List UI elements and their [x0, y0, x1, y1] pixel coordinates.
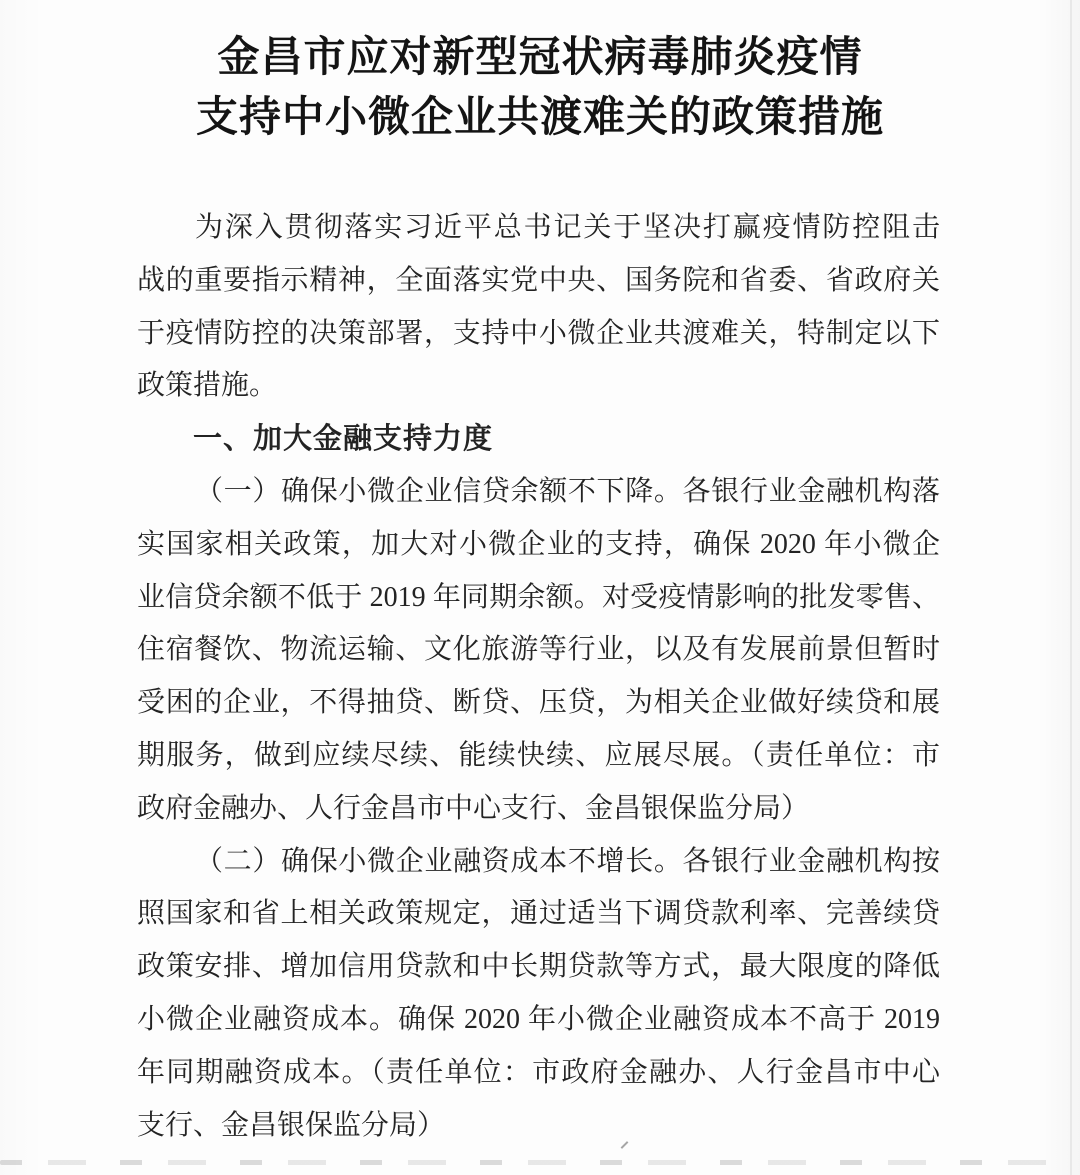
- document-title-line-1: 金昌市应对新型冠状病毒肺炎疫情: [0, 28, 1080, 88]
- text-line: 年同期融资成本。（责任单位：市政府金融办、人行金昌市中心: [137, 1047, 940, 1100]
- document-page: 金昌市应对新型冠状病毒肺炎疫情 支持中小微企业共渡难关的政策措施 为深入贯彻落实…: [0, 0, 1080, 1175]
- text-line: 小微企业融资成本。确保 2020 年小微企业融资成本不高于 2019: [137, 994, 940, 1047]
- text-line: 政策安排、增加信用贷款和中长期贷款等方式，最大限度的降低: [137, 941, 940, 994]
- text-line: （二）确保小微企业融资成本不增长。各银行业金融机构按: [137, 836, 940, 889]
- text-line: 政府金融办、人行金昌市中心支行、金昌银保监分局）: [137, 783, 940, 836]
- text-line: 实国家相关政策，加大对小微企业的支持，确保 2020 年小微企: [137, 519, 940, 572]
- text-line: 政策措施。: [137, 360, 940, 413]
- text-line: 业信贷余额不低于 2019 年同期余额。对受疫情影响的批发零售、: [137, 572, 940, 625]
- text-line: 为深入贯彻落实习近平总书记关于坚决打赢疫情防控阻击: [137, 202, 940, 255]
- text-line: （一）确保小微企业信贷余额不下降。各银行业金融机构落: [137, 466, 940, 519]
- text-line: 住宿餐饮、物流运输、文化旅游等行业，以及有发展前景但暂时: [137, 624, 940, 677]
- document-title: 金昌市应对新型冠状病毒肺炎疫情 支持中小微企业共渡难关的政策措施: [0, 28, 1080, 148]
- scan-bottom-smudge: [0, 1160, 1080, 1165]
- document-title-line-2: 支持中小微企业共渡难关的政策措施: [0, 88, 1080, 148]
- document-body: 为深入贯彻落实习近平总书记关于坚决打赢疫情防控阻击战的重要指示精神，全面落实党中…: [137, 202, 940, 1152]
- section-heading: 一、加大金融支持力度: [137, 413, 940, 466]
- text-line: 期服务，做到应续尽续、能续快续、应展尽展。（责任单位：市: [137, 730, 940, 783]
- scan-edge-shadow: [1070, 0, 1072, 1175]
- text-line: 战的重要指示精神，全面落实党中央、国务院和省委、省政府关: [137, 255, 940, 308]
- text-line: 受困的企业，不得抽贷、断贷、压贷，为相关企业做好续贷和展: [137, 677, 940, 730]
- text-line: 支行、金昌银保监分局）: [137, 1100, 940, 1153]
- text-line: 照国家和省上相关政策规定，通过适当下调贷款利率、完善续贷: [137, 888, 940, 941]
- text-line: 于疫情防控的决策部署，支持中小微企业共渡难关，特制定以下: [137, 308, 940, 361]
